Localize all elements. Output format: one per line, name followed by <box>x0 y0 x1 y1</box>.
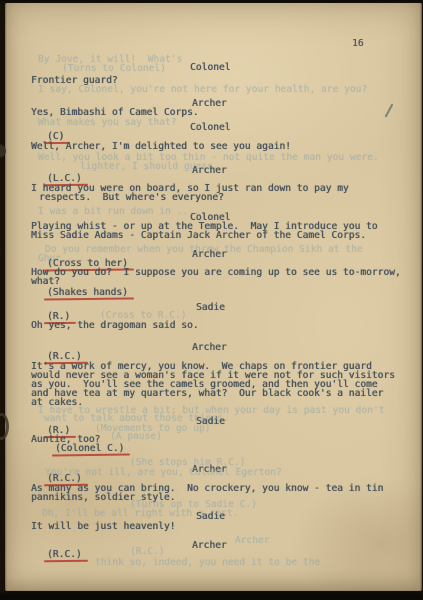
ghost-text-line: I was a bit run down in ..... <box>38 207 206 217</box>
stage-direction: (R.C.) <box>47 550 82 560</box>
page-number: 16 <box>352 39 364 49</box>
dialogue-line: Oh yes, the dragoman said so. <box>31 321 199 331</box>
stage-direction: (Colonel C.) <box>55 444 124 454</box>
dialogue-line: and have tea at my quarters, what? Our b… <box>31 389 383 399</box>
dialogue-line: Well, Archer, I'm delighted to see you a… <box>31 142 291 152</box>
dialogue-line: respects. But where's everyone? <box>39 193 224 203</box>
scanned-script-page: 16By Jove, it will! What'sColonel(Turns … <box>0 0 423 600</box>
dialogue-line: Miss Sadie Adams - Captain Jack Archer o… <box>31 231 366 241</box>
speaker-name: Archer <box>192 250 227 260</box>
speaker-name: Colonel <box>190 63 230 73</box>
speaker-name: Colonel <box>190 123 230 133</box>
ghost-text-line: (R.C.) <box>130 547 165 557</box>
typescript-text-layer: 16By Jove, it will! What'sColonel(Turns … <box>0 0 423 600</box>
dialogue-line: what? <box>31 277 60 287</box>
speaker-name: Archer <box>192 166 227 176</box>
speaker-name: Sadie <box>196 512 225 522</box>
speaker-name: Sadie <box>196 303 225 313</box>
ghost-text-line: What makes you say that? <box>38 118 177 128</box>
ghost-text-line: I say, Colonel, you're not here for your… <box>38 85 367 95</box>
ghost-text-line: Archer <box>235 536 270 546</box>
speaker-name: Archer <box>192 343 227 353</box>
dialogue-line: How do you do? I suppose you are coming … <box>31 268 401 278</box>
stage-direction: (Shakes hands) <box>47 288 128 298</box>
speaker-name: Archer <box>192 541 227 551</box>
ghost-text-line: think so, indeed, you need it to be the <box>95 558 320 568</box>
dialogue-line: It will be just heavenly! <box>31 522 175 532</box>
ghost-text-line: (A pause) <box>110 432 162 442</box>
ghost-text-line: (Turns to Colonel) <box>62 64 166 74</box>
